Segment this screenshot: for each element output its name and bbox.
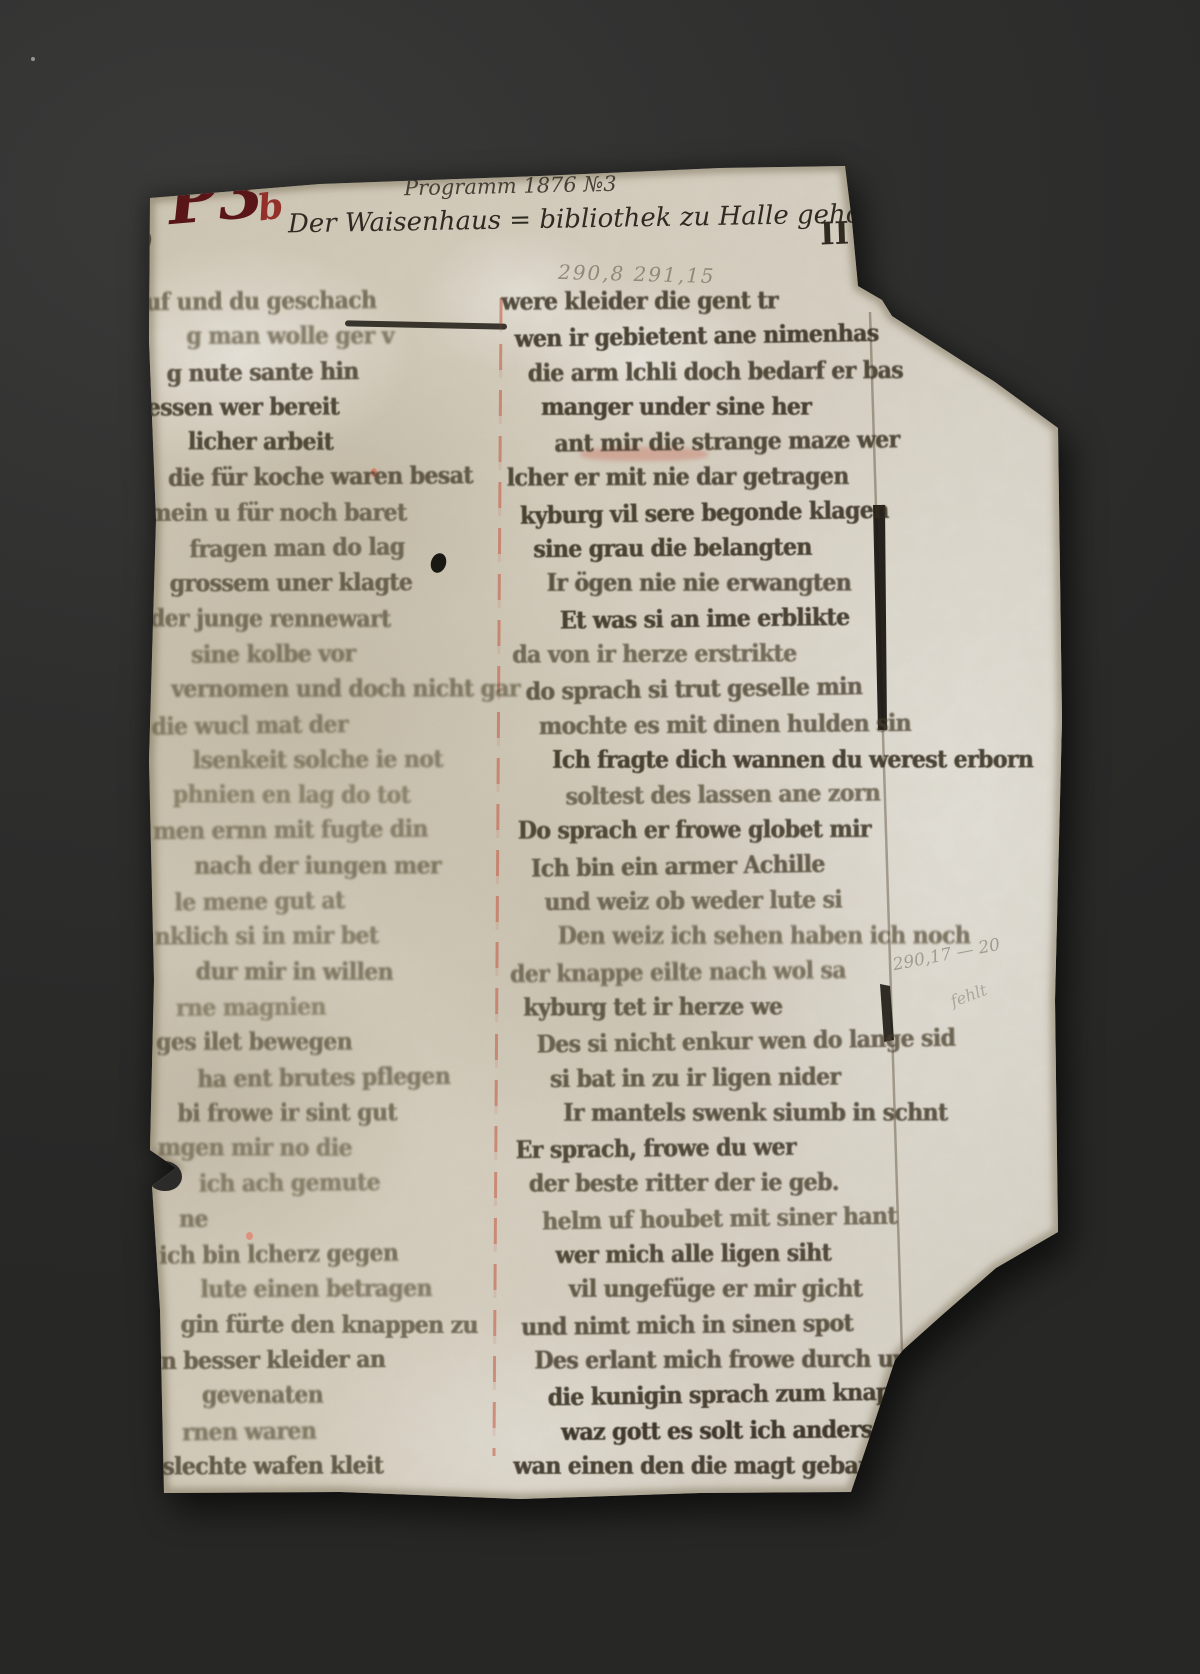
text-line: ges ilet bewegen — [149, 1022, 484, 1061]
shelfmark-red: P3 — [165, 154, 267, 240]
left-text-column: uf und du geschachg man wolle ger vg nut… — [145, 282, 486, 1484]
text-line: dur mir in willen — [148, 951, 483, 991]
program-note: Programm 1876 №3 — [404, 172, 617, 200]
text-line: essen wer bereit — [145, 386, 480, 427]
parchment-leaf: P3 b ) Programm 1876 №3 Der Waisenhaus =… — [0, 0, 1200, 1674]
text-line: ich ach gemute — [149, 1162, 484, 1204]
text-line: bi frowe ir sint gut — [149, 1092, 484, 1133]
shelfmark-suffix: b — [255, 184, 286, 229]
text-line: lute einen betragen — [150, 1269, 485, 1310]
red-ruling-line — [492, 298, 502, 1456]
text-line: gin fürte den knappen zu — [150, 1304, 485, 1344]
text-line: si bat in zu ir ligen nider — [508, 1056, 928, 1098]
text-line: waz gott es solt ich anders han — [511, 1409, 931, 1451]
text-line: grossem uner klagte — [146, 563, 481, 604]
text-line: vernomen und doch nicht gar — [147, 669, 482, 708]
parchment-leaf-wrapper: P3 b ) Programm 1876 №3 Der Waisenhaus =… — [0, 0, 1200, 1674]
text-line: die für koche waren besat — [146, 456, 481, 498]
text-line: gevenaten — [151, 1375, 486, 1414]
edge-ink-mark: ) — [144, 230, 153, 255]
text-line: nklich si in mir bet — [148, 916, 483, 957]
right-text-column: were kleider die gent trwen ir gebietent… — [501, 281, 931, 1485]
ownership-note: Der Waisenhaus = bibliothek zu Halle geh… — [288, 199, 907, 240]
text-line: lsenkeit solche ie not — [147, 739, 482, 780]
pencil-reference-right-2: fehlt — [948, 980, 990, 1011]
text-line: wan einen den die magt gebar — [511, 1446, 931, 1485]
leaf-numeral: II — [819, 216, 849, 253]
text-line: mochte es mit dinen hulden sin — [504, 703, 924, 745]
text-line: men ernn mit fugte din — [148, 809, 483, 851]
photo-stage: P3 b ) Programm 1876 №3 Der Waisenhaus =… — [0, 0, 1200, 1674]
text-line: slechte wafen kleit — [151, 1445, 486, 1486]
text-line: g man wolle ger v — [145, 316, 480, 355]
